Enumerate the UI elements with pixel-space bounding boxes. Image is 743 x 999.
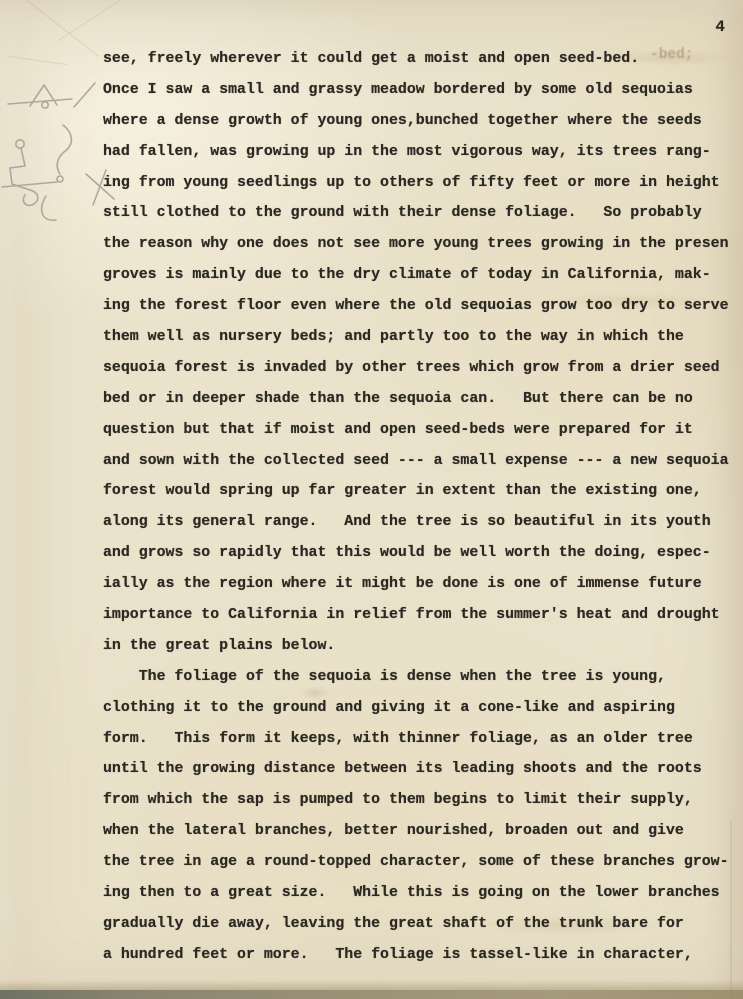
paper-bottom-shadow	[0, 980, 743, 990]
text-line: sequoia forest is invaded by other trees…	[0, 353, 743, 384]
typewritten-body-text: see, freely wherever it could get a mois…	[0, 44, 743, 971]
text-line: bed or in deeper shade than the sequoia …	[0, 384, 743, 415]
text-line: where a dense growth of young ones,bunch…	[0, 106, 743, 137]
text-line: the reason why one does not see more you…	[0, 229, 743, 260]
text-line: form. This form it keeps, with thinner f…	[0, 724, 743, 755]
text-line: ially as the region where it might be do…	[0, 569, 743, 600]
text-line: and sown with the collected seed --- a s…	[0, 446, 743, 477]
text-line: groves is mainly due to the dry climate …	[0, 260, 743, 291]
text-line: gradually die away, leaving the great sh…	[0, 909, 743, 940]
text-line: ing from young seedlings up to others of…	[0, 168, 743, 199]
text-line: ing then to a great size. While this is …	[0, 878, 743, 909]
adjacent-page-edge	[730, 820, 732, 999]
text-line: when the lateral branches, better nouris…	[0, 816, 743, 847]
text-line: forest would spring up far greater in ex…	[0, 476, 743, 507]
text-line: had fallen, was growing up in the most v…	[0, 137, 743, 168]
text-line: the tree in age a round-topped character…	[0, 847, 743, 878]
text-line: along its general range. And the tree is…	[0, 507, 743, 538]
text-line: in the great plains below.	[0, 631, 743, 662]
text-line: and grows so rapidly that this would be …	[0, 538, 743, 569]
manuscript-page: 4 -bed; see, freely wherever it could ge…	[0, 0, 743, 999]
text-line: from which the sap is pumped to them beg…	[0, 785, 743, 816]
text-line: until the growing distance between its l…	[0, 754, 743, 785]
text-line: ing the forest floor even where the old …	[0, 291, 743, 322]
text-line: importance to California in relief from …	[0, 600, 743, 631]
text-line: still clothed to the ground with their d…	[0, 198, 743, 229]
text-line: a hundred feet or more. The foliage is t…	[0, 940, 743, 971]
text-line: question but that if moist and open seed…	[0, 415, 743, 446]
text-line: them well as nursery beds; and partly to…	[0, 322, 743, 353]
text-line: see, freely wherever it could get a mois…	[0, 44, 743, 75]
page-number: 4	[715, 18, 725, 36]
text-line: clothing it to the ground and giving it …	[0, 693, 743, 724]
paper-crease	[58, 0, 121, 41]
text-line: The foliage of the sequoia is dense when…	[0, 662, 743, 693]
scan-bottom-edge	[0, 990, 743, 999]
text-line: Once I saw a small and grassy meadow bor…	[0, 75, 743, 106]
